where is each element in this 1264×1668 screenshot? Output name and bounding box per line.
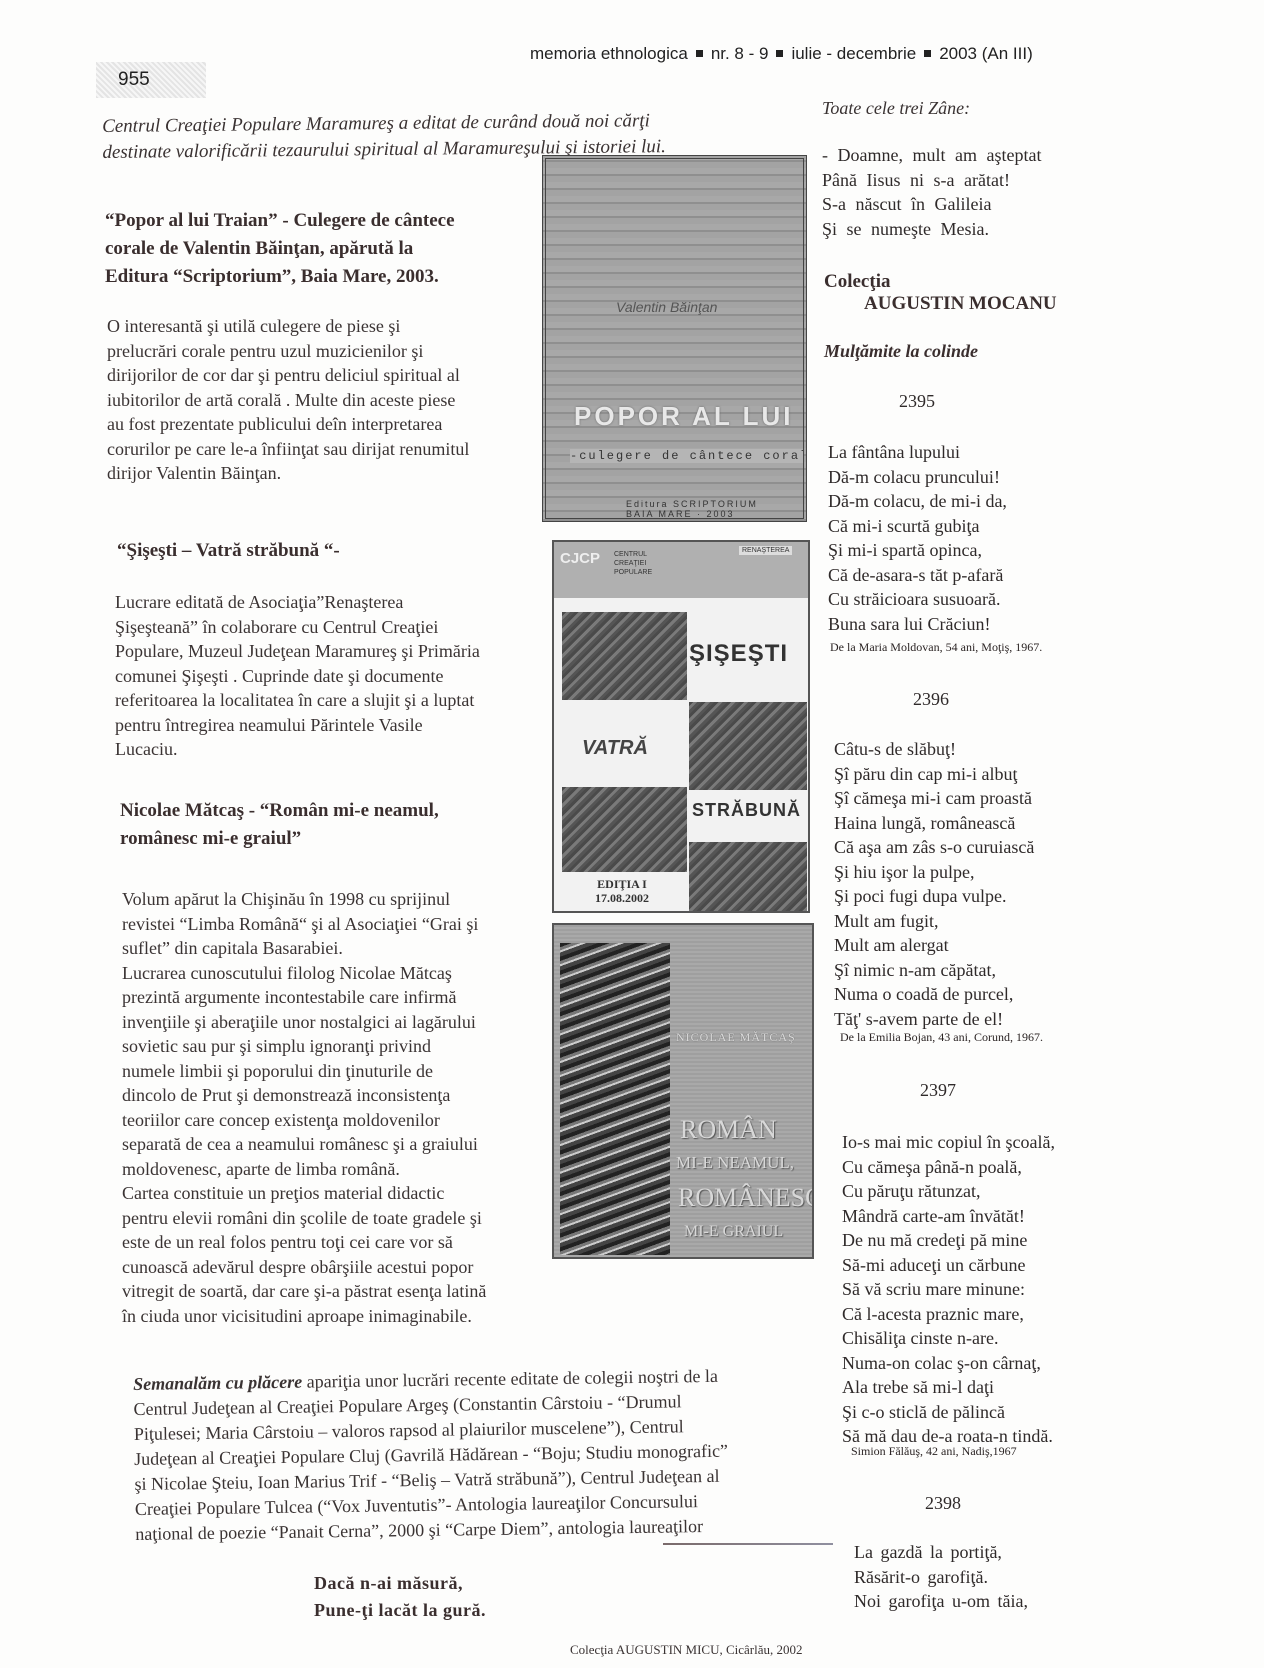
verse-line: La fântâna lupului	[828, 440, 1007, 465]
cover-subtitle: -culegere de cântece corale-	[570, 449, 807, 463]
verse-line: Mult am alergat	[834, 933, 1034, 958]
issue-number: nr. 8 - 9	[711, 44, 769, 63]
body-line: Cartea constituie un preţios material di…	[122, 1181, 552, 1206]
body-line: pentru întregirea neamului Părintele Vas…	[115, 713, 545, 738]
verse-line: Că l-acesta praznic mare,	[842, 1302, 1055, 1327]
body-line: O interesantă şi utilă culegere de piese…	[107, 314, 537, 339]
closing-paragraph: Semanalăm cu plăcere apariţia unor lucră…	[133, 1362, 835, 1547]
title-line: Editura “Scriptorium”, Baia Mare, 2003.	[105, 263, 525, 291]
body-line: Lucaciu.	[115, 737, 545, 762]
verse-line: Răsărit-o garofiţă.	[854, 1565, 1028, 1590]
issue-period: iulie - decembrie	[791, 44, 916, 63]
verse-line: Haina lungă, românească	[834, 811, 1034, 836]
verse-line: Şi hiu işor la pulpe,	[834, 860, 1034, 885]
section-body-popor: O interesantă şi utilă culegere de piese…	[107, 314, 537, 486]
body-line: dincolo de Prut şi demonstrează inconsis…	[122, 1083, 552, 1108]
issue-year: 2003 (An III)	[939, 44, 1033, 63]
cjcp-logo-icon: CJCP	[560, 550, 600, 590]
center-label: CENTRUL CREAŢIEI POPULARE	[614, 550, 652, 577]
cover-title-line: ROMÂN	[680, 1115, 777, 1145]
song-number: 2395	[899, 391, 935, 412]
cover-author: NICOLAE MĂTCAŞ	[676, 1030, 796, 1045]
song-2395: La fântâna lupului Dă-m colacu pruncului…	[828, 440, 1007, 636]
verse-line: De nu mă credeţi pă mine	[842, 1228, 1055, 1253]
verse-heading: Toate cele trei Zâne:	[822, 98, 970, 119]
label-line: POPULARE	[614, 568, 652, 577]
body-line: comunei Şişeşti . Cuprinde date şi docum…	[115, 664, 545, 689]
edition-label: EDIŢIA I 17.08.2002	[572, 877, 672, 905]
title-line: românesc mi-e graiul”	[120, 825, 540, 853]
body-line: corurilor pe care le-a înfiinţat sau dir…	[107, 437, 537, 462]
title-line: corale de Valentin Băinţan, apărută la	[105, 235, 525, 263]
body-line: separată de cea a neamului românesc şi a…	[122, 1132, 552, 1157]
body-line: au fost prezentate publicului deîn inter…	[107, 412, 537, 437]
label-line: CENTRUL	[614, 550, 652, 559]
verse-line: - Doamne, mult am aşteptat	[822, 143, 1041, 168]
book-cover-popor-al-lui-traian: Valentin Băinţan POPOR AL LUI TRAIAN -cu…	[542, 155, 807, 522]
body-line: moldovenesc, aparte de limba română.	[122, 1157, 552, 1182]
verse-line: S-a născut în Galileia	[822, 192, 1041, 217]
cover-word: VATRĂ	[582, 737, 648, 760]
body-line: Lucrarea cunoscutului filolog Nicolae Mă…	[122, 961, 552, 986]
cover-word: STRĂBUNĂ	[692, 800, 801, 821]
closing-lead: Semanalăm cu plăcere	[133, 1372, 302, 1394]
verse-line: Şî nimic n-am căpătat,	[834, 958, 1034, 983]
body-line: Populare, Muzeul Judeţean Maramureş şi P…	[115, 639, 545, 664]
verse-line: Şi se numeşte Mesia.	[822, 217, 1041, 242]
section-body-roman: Volum apărut la Chişinău în 1998 cu spri…	[122, 887, 552, 1328]
title-line: “Şişeşti – Vatră străbună “-	[117, 537, 537, 565]
verse-line: Că de-asara-s tăt p-afară	[828, 563, 1007, 588]
square-bullet-icon	[776, 50, 783, 57]
book-cover-sisesti: CJCP CENTRUL CREAŢIEI POPULARE RENAŞTERE…	[552, 540, 810, 913]
section-title-sisesti: “Şişeşti – Vatră străbună “-	[117, 537, 537, 565]
cover-title-line: MI-E NEAMUL,	[676, 1153, 794, 1173]
verse-line: Cu străicioara susuoară.	[828, 587, 1007, 612]
publisher-name: Editura SCRIPTORIUM	[626, 499, 758, 509]
title-line: Nicolae Mătcaş - “Român mi-e neamul,	[120, 797, 540, 825]
song-number: 2398	[925, 1493, 961, 1514]
song-source: De la Maria Moldovan, 54 ani, Moţiş, 196…	[830, 640, 1042, 655]
collection-name: AUGUSTIN MOCANU	[864, 293, 1057, 315]
verse-intro: - Doamne, mult am aşteptat Până Iisus ni…	[822, 143, 1041, 241]
cover-photo	[560, 943, 670, 1255]
section-title-popor: “Popor al lui Traian” - Culegere de cânt…	[105, 207, 525, 291]
edition-date: 17.08.2002	[572, 891, 672, 905]
closing-line: apariţia unor lucrări recente editate de…	[302, 1366, 718, 1392]
running-header: memoria ethnologicanr. 8 - 9iulie - dece…	[530, 44, 1110, 64]
page-number: 955	[96, 62, 206, 98]
body-line: dirijor Valentin Băinţan.	[107, 461, 537, 486]
body-line: Şişeşteană” în colaborare cu Centrul Cre…	[115, 615, 545, 640]
song-2396: Câtu-s de slăbuţ! Şî păru din cap mi-i a…	[834, 737, 1034, 1031]
square-bullet-icon	[696, 50, 703, 57]
proverb-line: Dacă n-ai măsură,	[314, 1570, 486, 1597]
verse-line: Mult am fugit,	[834, 909, 1034, 934]
body-line: este de un real folos pentru toţi cei ca…	[122, 1230, 552, 1255]
body-line: iubitorilor de artă corală . Multe din a…	[107, 388, 537, 413]
building-photo	[689, 702, 807, 790]
verse-line: Că mi-i scurtă gubiţa	[828, 514, 1007, 539]
verse-line: Numa o coadă de purcel,	[834, 982, 1034, 1007]
crowd-photo	[562, 787, 687, 872]
body-line: invenţiile şi aberaţiile unor nostalgici…	[122, 1010, 552, 1035]
body-line: în ciuda unor vicisitudini aproape inima…	[122, 1304, 552, 1329]
verse-line: Câtu-s de slăbuţ!	[834, 737, 1034, 762]
label-line: CREAŢIEI	[614, 559, 652, 568]
proverb: Dacă n-ai măsură, Pune-ţi lacăt la gură.	[314, 1570, 486, 1624]
landscape-photo	[562, 612, 687, 700]
body-line: numele limbii şi poporului din ţinuturil…	[122, 1059, 552, 1084]
cover-author: Valentin Băinţan	[616, 299, 717, 315]
song-number: 2396	[913, 689, 949, 710]
title-line: “Popor al lui Traian” - Culegere de cânt…	[105, 207, 525, 235]
verse-line: Dă-m colacu, de mi-i da,	[828, 489, 1007, 514]
edition: EDIŢIA I	[572, 877, 672, 891]
square-bullet-icon	[924, 50, 931, 57]
collection-label: Colecţia	[824, 269, 890, 295]
section-title-roman: Nicolae Mătcaş - “Român mi-e neamul, rom…	[120, 797, 540, 853]
cover-publisher: Editura SCRIPTORIUM BAIA MARE · 2003	[626, 499, 758, 519]
body-line: sovietic sau pur şi simplu ignoranţi pri…	[122, 1034, 552, 1059]
verse-line: Şî cămeşa mi-i cam proastă	[834, 786, 1034, 811]
verse-line: Buna sara lui Crăciun!	[828, 612, 1007, 637]
verse-line: Mândră carte-am învătăt!	[842, 1204, 1055, 1229]
cover-title: POPOR AL LUI TRAIAN	[574, 401, 807, 432]
section-body-sisesti: Lucrare editată de Asociaţia”Renaşterea …	[115, 590, 545, 762]
village-photo	[689, 842, 807, 912]
publisher-place: BAIA MARE · 2003	[626, 509, 758, 519]
cover-title-line: ROMÂNESC	[678, 1183, 814, 1213]
verse-line: Numa-on colac ş-on cârnaţ,	[842, 1351, 1055, 1376]
body-line: Lucrare editată de Asociaţia”Renaşterea	[115, 590, 545, 615]
journal-name: memoria ethnologica	[530, 44, 688, 63]
body-line: referitoarea la localitatea în care a sl…	[115, 688, 545, 713]
proverb-line: Pune-ţi lacăt la gură.	[314, 1597, 486, 1624]
book-cover-roman-mi-e-neamul: NICOLAE MĂTCAŞ ROMÂN MI-E NEAMUL, ROMÂNE…	[552, 923, 814, 1259]
body-line: pentru elevii români din şcolile de toat…	[122, 1206, 552, 1231]
verse-line: Până Iisus ni s-a arătat!	[822, 168, 1041, 193]
body-line: prelucrări corale pentru uzul muzicienil…	[107, 339, 537, 364]
song-number: 2397	[920, 1080, 956, 1101]
verse-line: Să vă scriu mare minune:	[842, 1277, 1055, 1302]
verse-line: Tăţ' s-avem parte de el!	[834, 1007, 1034, 1032]
divider-line	[663, 1543, 833, 1545]
verse-line: La gazdă la portiţă,	[854, 1540, 1028, 1565]
body-line: teoriilor care concep existenţa moldoven…	[122, 1108, 552, 1133]
verse-line: Chisăliţa cinste n-are.	[842, 1326, 1055, 1351]
verse-line: Şi c-o sticlă de pălincă	[842, 1400, 1055, 1425]
body-line: Volum apărut la Chişinău în 1998 cu spri…	[122, 887, 552, 912]
verse-line: Şi poci fugi dupa vulpe.	[834, 884, 1034, 909]
verse-line: Cu păruţu rătunzat,	[842, 1179, 1055, 1204]
verse-line: Să-mi aduceţi un cărbune	[842, 1253, 1055, 1278]
body-line: revistei “Limba Română“ şi al Asociaţiei…	[122, 912, 552, 937]
collection-subtitle: Mulţămite la colinde	[824, 341, 978, 362]
song-source: De la Emilia Bojan, 43 ani, Corund, 1967…	[840, 1030, 1043, 1045]
song-2398: La gazdă la portiţă, Răsărit-o garofiţă.…	[854, 1540, 1028, 1614]
body-line: suflet” din capitala Basarabiei.	[122, 936, 552, 961]
verse-line: Şî păru din cap mi-i albuţ	[834, 762, 1034, 787]
proverb-source: Colecţia AUGUSTIN MICU, Cicârlău, 2002	[570, 1642, 803, 1658]
renasterea-label: RENAŞTEREA	[739, 546, 792, 555]
song-source: Simion Fălăuş, 42 ani, Nadiş,1967	[851, 1444, 1017, 1459]
verse-line: Dă-m colacu pruncului!	[828, 465, 1007, 490]
song-2397: Io-s mai mic copiul în şcoală, Cu cămeşa…	[842, 1130, 1055, 1449]
body-line: prezintă argumente incontestabile care i…	[122, 985, 552, 1010]
body-line: vitregit de soartă, dar care şi-a păstra…	[122, 1279, 552, 1304]
body-line: cunoască adevărul despre obârşiile acest…	[122, 1255, 552, 1280]
verse-line: Că aşa am zâs s-o curuiască	[834, 835, 1034, 860]
verse-line: Şi mi-i spartă opinca,	[828, 538, 1007, 563]
body-line: dirijorilor de cor dar şi pentru deliciu…	[107, 363, 537, 388]
verse-line: Noi garofiţa u-om tăia,	[854, 1589, 1028, 1614]
cover-word: ŞIŞEŞTI	[689, 640, 788, 668]
verse-line: Io-s mai mic copiul în şcoală,	[842, 1130, 1055, 1155]
verse-line: Ala trebe să mi-l daţi	[842, 1375, 1055, 1400]
verse-line: Cu cămeşa până-n poală,	[842, 1155, 1055, 1180]
cover-title-line: MI-E GRAIUL	[684, 1223, 783, 1241]
